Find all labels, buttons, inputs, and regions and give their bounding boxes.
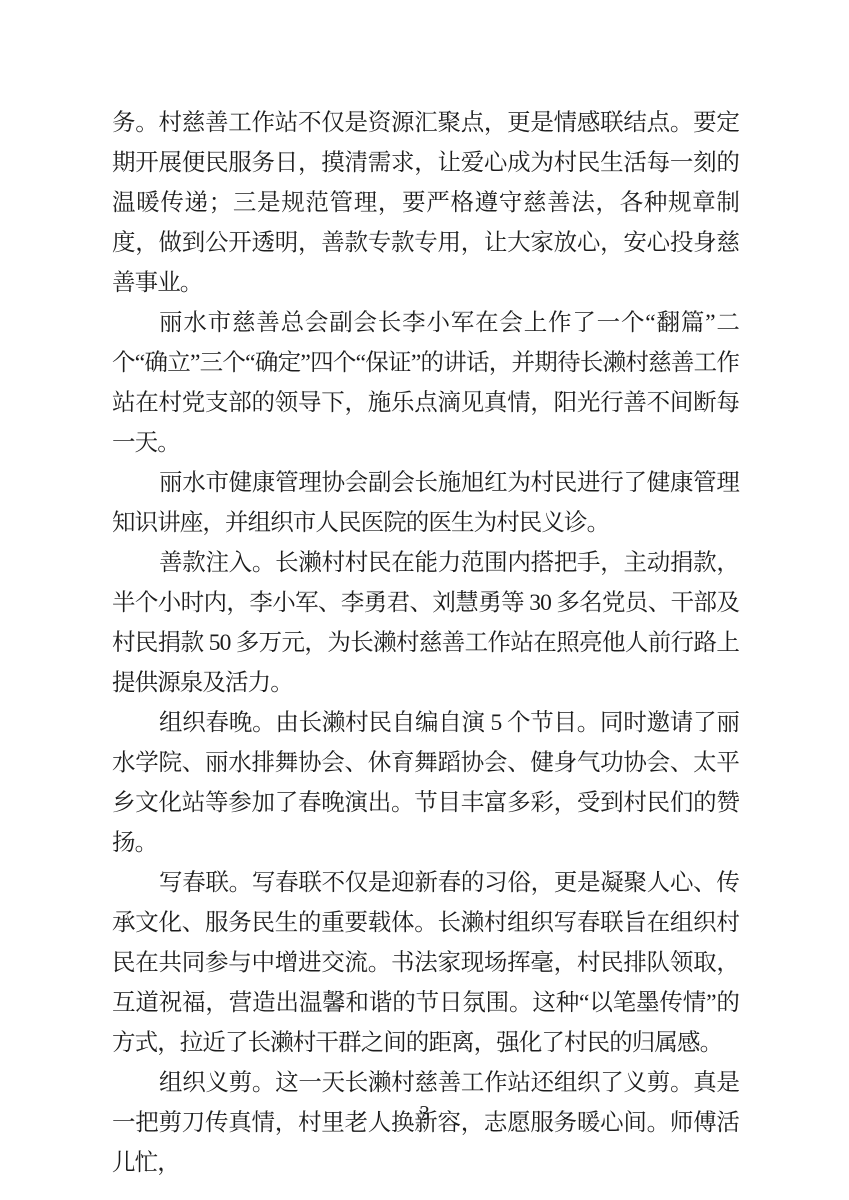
page-number: 3	[419, 1101, 430, 1125]
paragraph: 丽水市健康管理协会副会长施旭红为村民进行了健康管理知识讲座，并组织市人民医院的医…	[112, 463, 739, 543]
paragraph: 组织春晚。由长濑村民自编自演 5 个节目。同时邀请了丽水学院、丽水排舞协会、休育…	[112, 703, 739, 863]
paragraph: 写春联。写春联不仅是迎新春的习俗，更是凝聚人心、传承文化、服务民生的重要载体。长…	[112, 863, 739, 1063]
document-body: 务。村慈善工作站不仅是资源汇聚点，更是情感联结点。要定期开展便民服务日，摸清需求…	[112, 103, 739, 1183]
document-page: 务。村慈善工作站不仅是资源汇聚点，更是情感联结点。要定期开展便民服务日，摸清需求…	[0, 0, 849, 1200]
paragraph: 善款注入。长濑村村民在能力范围内搭把手，主动捐款，半个小时内，李小军、李勇君、刘…	[112, 543, 739, 703]
paragraph: 务。村慈善工作站不仅是资源汇聚点，更是情感联结点。要定期开展便民服务日，摸清需求…	[112, 103, 739, 303]
page-footer: 3	[0, 1100, 849, 1126]
paragraph: 丽水市慈善总会副会长李小军在会上作了一个“翻篇”二个“确立”三个“确定”四个“保…	[112, 303, 739, 463]
